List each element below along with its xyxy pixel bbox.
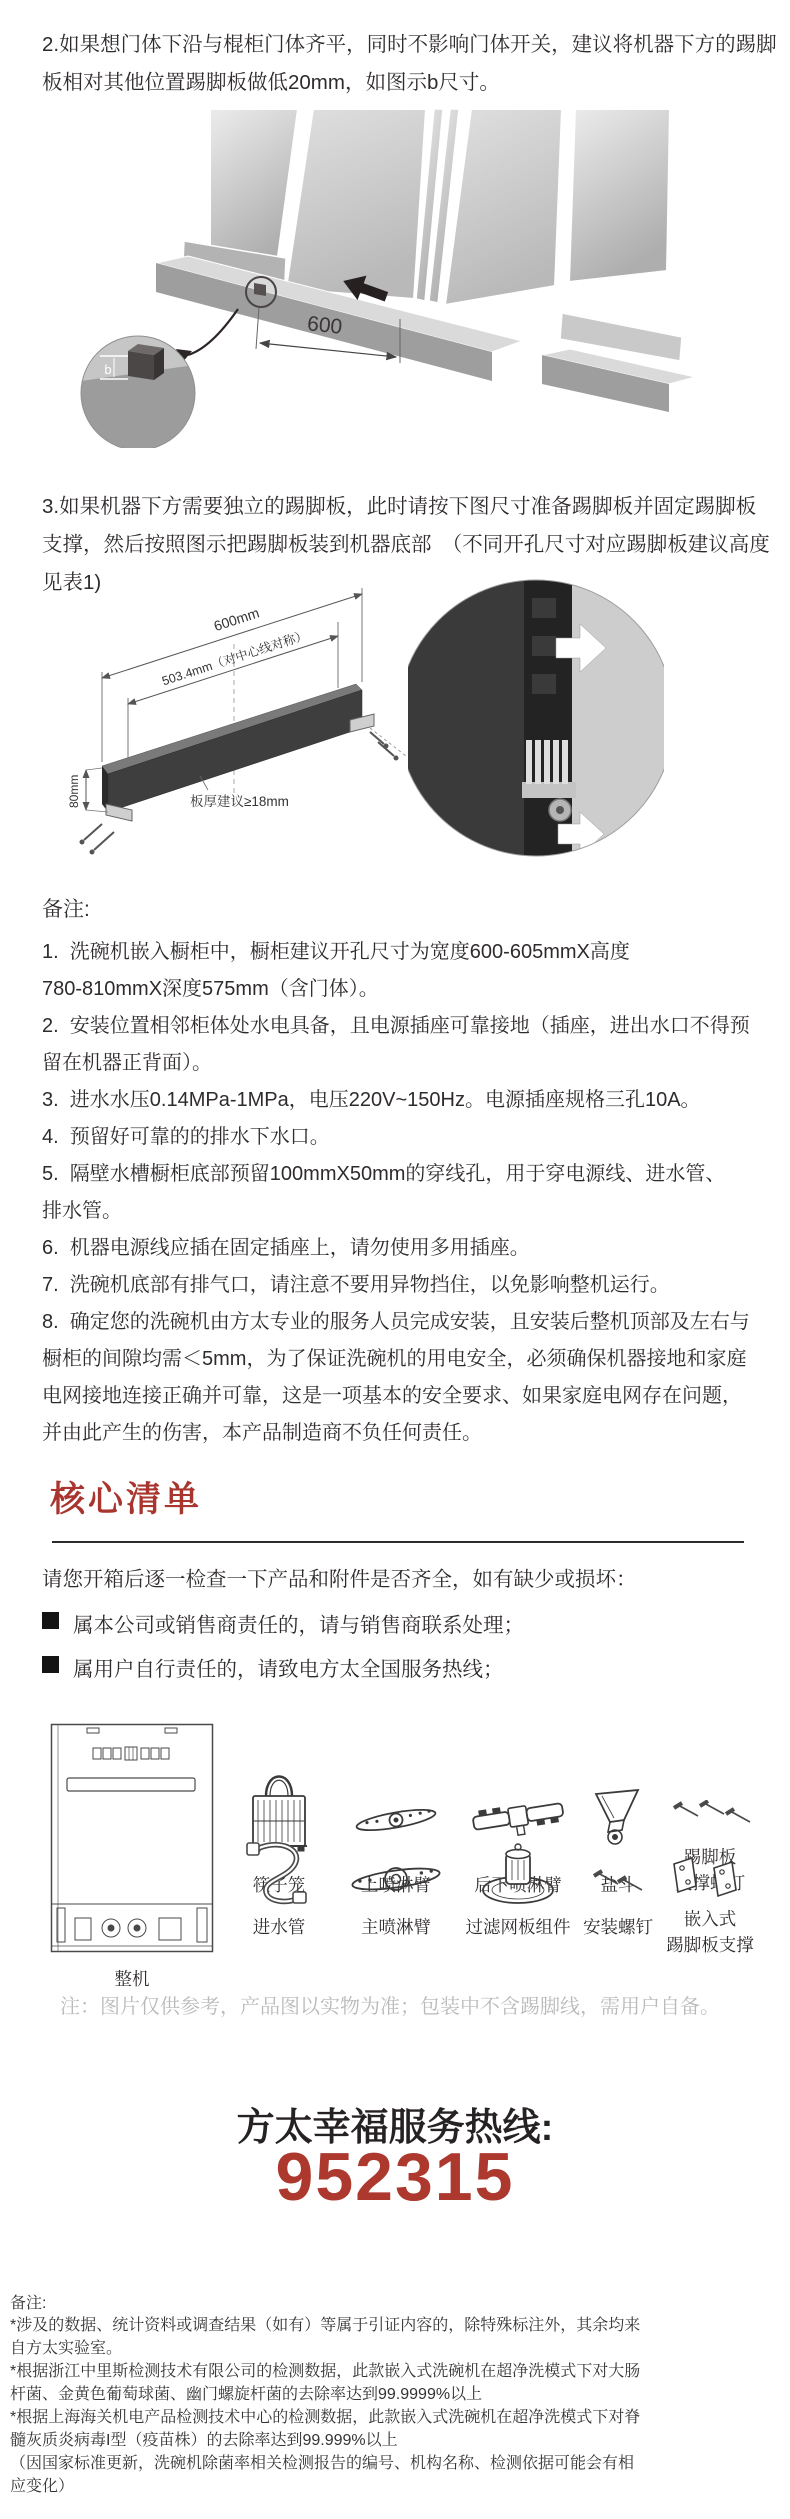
callout-block — [254, 283, 266, 296]
whole-machine-icon — [49, 1722, 215, 1954]
main-spray-arm-icon — [346, 1852, 446, 1904]
notes-list: 1. 洗碗机嵌入橱柜中，橱柜建议开孔尺寸为宽度600-605mmX高度 780-… — [42, 934, 750, 1452]
checklist-heading: 核心清单 — [50, 1472, 202, 1522]
checklist-bullet-1: 属本公司或销售商责任的，请与销售商联系处理； — [42, 1608, 524, 1638]
bracket-detail-circle — [408, 572, 664, 864]
dimension-80mm-label: 80mm — [67, 775, 81, 808]
notes-heading: 备注: — [42, 893, 90, 923]
intro-paragraph-2: 2.如果想门体下沿与棍柜门体齐平，同时不影响门体开关，建议将机器下方的踢脚 板相… — [42, 26, 777, 102]
note-item: 2. 安装位置相邻柜体处水电具备，且电源插座可靠接地（插座，进出水口不得预 留在… — [42, 1008, 750, 1082]
note-item: 3. 进水水压0.14MPa-1MPa，电压220V~150Hz。电源插座规格三… — [42, 1082, 750, 1119]
builtin-kickboard-support-icon — [670, 1852, 750, 1900]
checklist-bullet-2: 属用户自行责任的，请致电方太全国服务热线； — [42, 1652, 504, 1682]
square-bullet-icon — [42, 1656, 59, 1673]
rear-lower-spray-arm-icon — [470, 1790, 566, 1840]
part-label: 主喷淋臂 — [326, 1914, 466, 1940]
inlet-hose-icon — [241, 1838, 317, 1910]
salt-funnel-icon — [588, 1782, 648, 1846]
note-item: 5. 隔壁水槽橱柜底部预留100mmX50mm的穿线孔，用于穿电源线、进水管、 … — [42, 1156, 750, 1230]
footnote-item: *根据上海海关机电产品检测技术中心的检测数据，此款嵌入式洗碗机在超净洗模式下对脊… — [10, 2406, 640, 2452]
footnotes-list: *涉及的数据、统计资料或调查结果（如有）等属于引证内容的，除特殊标注外，其余均来… — [10, 2314, 640, 2498]
kickboard-recess-diagram: 600 b — [70, 103, 695, 448]
footnote-item: *涉及的数据、统计资料或调查结果（如有）等属于引证内容的，除特殊标注外，其余均来… — [10, 2314, 640, 2360]
filter-assembly-icon — [476, 1838, 560, 1908]
thickness-note-label: 板厚建议≥18mm — [190, 793, 289, 809]
checklist-intro: 请您开箱后逐一检查一下产品和附件是否齐全，如有缺少或损坏： — [42, 1562, 637, 1592]
mounting-screws-icon — [588, 1866, 648, 1896]
upper-spray-arm-icon — [351, 1794, 441, 1840]
note-item: 6. 机器电源线应插在固定插座上，请勿使用多用插座。 — [42, 1230, 750, 1267]
dimension-5034mm-label: 503.4mm（对中心线对称） — [160, 627, 309, 688]
dimension-600mm-label: 600mm — [212, 604, 261, 634]
manual-page: 2.如果想门体下沿与棍柜门体齐平，同时不影响门体开关，建议将机器下方的踢脚 板相… — [0, 0, 790, 2519]
footnote-item: （因国家标准更新，洗碗机除菌率相关检测报告的编号、机构名称、检测依据可能会有相 … — [10, 2452, 640, 2498]
note-item: 7. 洗碗机底部有排气口，请注意不要用异物挡住，以免影响整机运行。 — [42, 1267, 750, 1304]
note-item: 4. 预留好可靠的的排水下水口。 — [42, 1119, 750, 1156]
part-label: 嵌入式 踢脚板支撑 — [640, 1906, 780, 1958]
footnote-item: *根据浙江中里斯检测技术有限公司的检测数据，此款嵌入式洗碗机在超净洗模式下对大肠… — [10, 2360, 640, 2406]
bullet-text: 属本公司或销售商责任的，请与销售商联系处理； — [73, 1608, 524, 1638]
detail-b-label: b — [104, 362, 111, 377]
hotline-number: 952315 — [0, 2138, 790, 2216]
kickboard-screws-icon — [668, 1800, 752, 1840]
heading-divider — [52, 1541, 744, 1543]
machine-label: 整机 — [49, 1966, 215, 1992]
square-bullet-icon — [42, 1612, 59, 1629]
kickboard-dimension-diagram: 600mm 503.4mm（对中心线对称） 80mm 板厚建议≥18mm — [40, 578, 420, 888]
bullet-text: 属用户自行责任的，请致电方太全国服务热线； — [73, 1652, 504, 1682]
note-item: 1. 洗碗机嵌入橱柜中，橱柜建议开孔尺寸为宽度600-605mmX高度 780-… — [42, 934, 750, 1008]
right-support-bracket — [350, 714, 406, 761]
packaging-note: 注：图片仅供参考，产品图以实物为准；包装中不含踢脚线，需用户自备。 — [60, 1990, 720, 2019]
dimension-600-label: 600 — [306, 312, 343, 339]
footnotes-heading: 备注: — [10, 2290, 46, 2313]
detail-leader-arrow — [188, 309, 238, 355]
note-item: 8. 确定您的洗碗机由方太专业的服务人员完成安装，且安装后整机顶部及左右与 橱柜… — [42, 1304, 750, 1452]
